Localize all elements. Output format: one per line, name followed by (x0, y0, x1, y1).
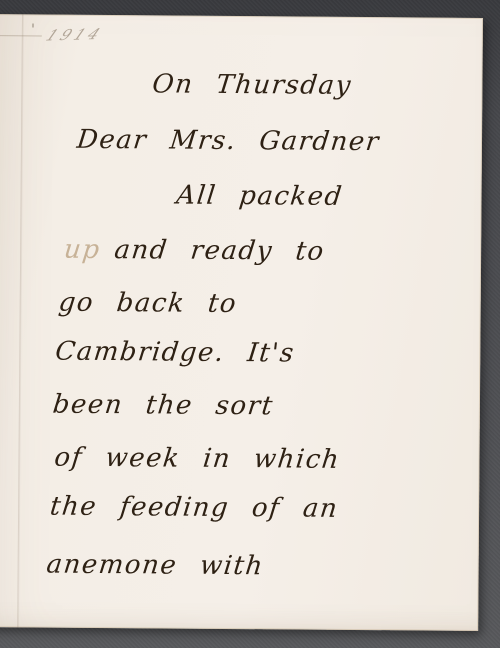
handwriting-line-salutation: Dear Mrs. Gardner (75, 123, 382, 159)
handwriting-line-date-heading: On Thursday (151, 67, 354, 103)
handwriting-line-body-7: the feeding of an (48, 490, 340, 526)
photo-background: ' 1914 On Thursday Dear Mrs. Gardner All… (0, 0, 500, 648)
handwriting-line-body-3: go back to (57, 286, 239, 321)
pencil-date-annotation: 1914 (43, 25, 107, 44)
letter-page: ' 1914 On Thursday Dear Mrs. Gardner All… (0, 14, 483, 631)
handwriting-line-body-8: anemone with (45, 548, 266, 584)
handwriting-line-body-5: been the sort (51, 388, 275, 424)
handwriting-line-body-1: All packed (175, 179, 345, 214)
handwriting-line-body-6: of week in which (53, 441, 342, 477)
faded-ink-word: up (62, 235, 102, 265)
paper-crease (17, 14, 24, 627)
pencil-tick-mark: ' (31, 20, 35, 38)
handwriting-text: and ready to (113, 235, 327, 267)
pencil-rule-mark (0, 35, 42, 37)
handwriting-line-body-4: Cambridge. It's (53, 335, 296, 371)
handwriting-line-body-2: upand ready to (62, 233, 326, 269)
